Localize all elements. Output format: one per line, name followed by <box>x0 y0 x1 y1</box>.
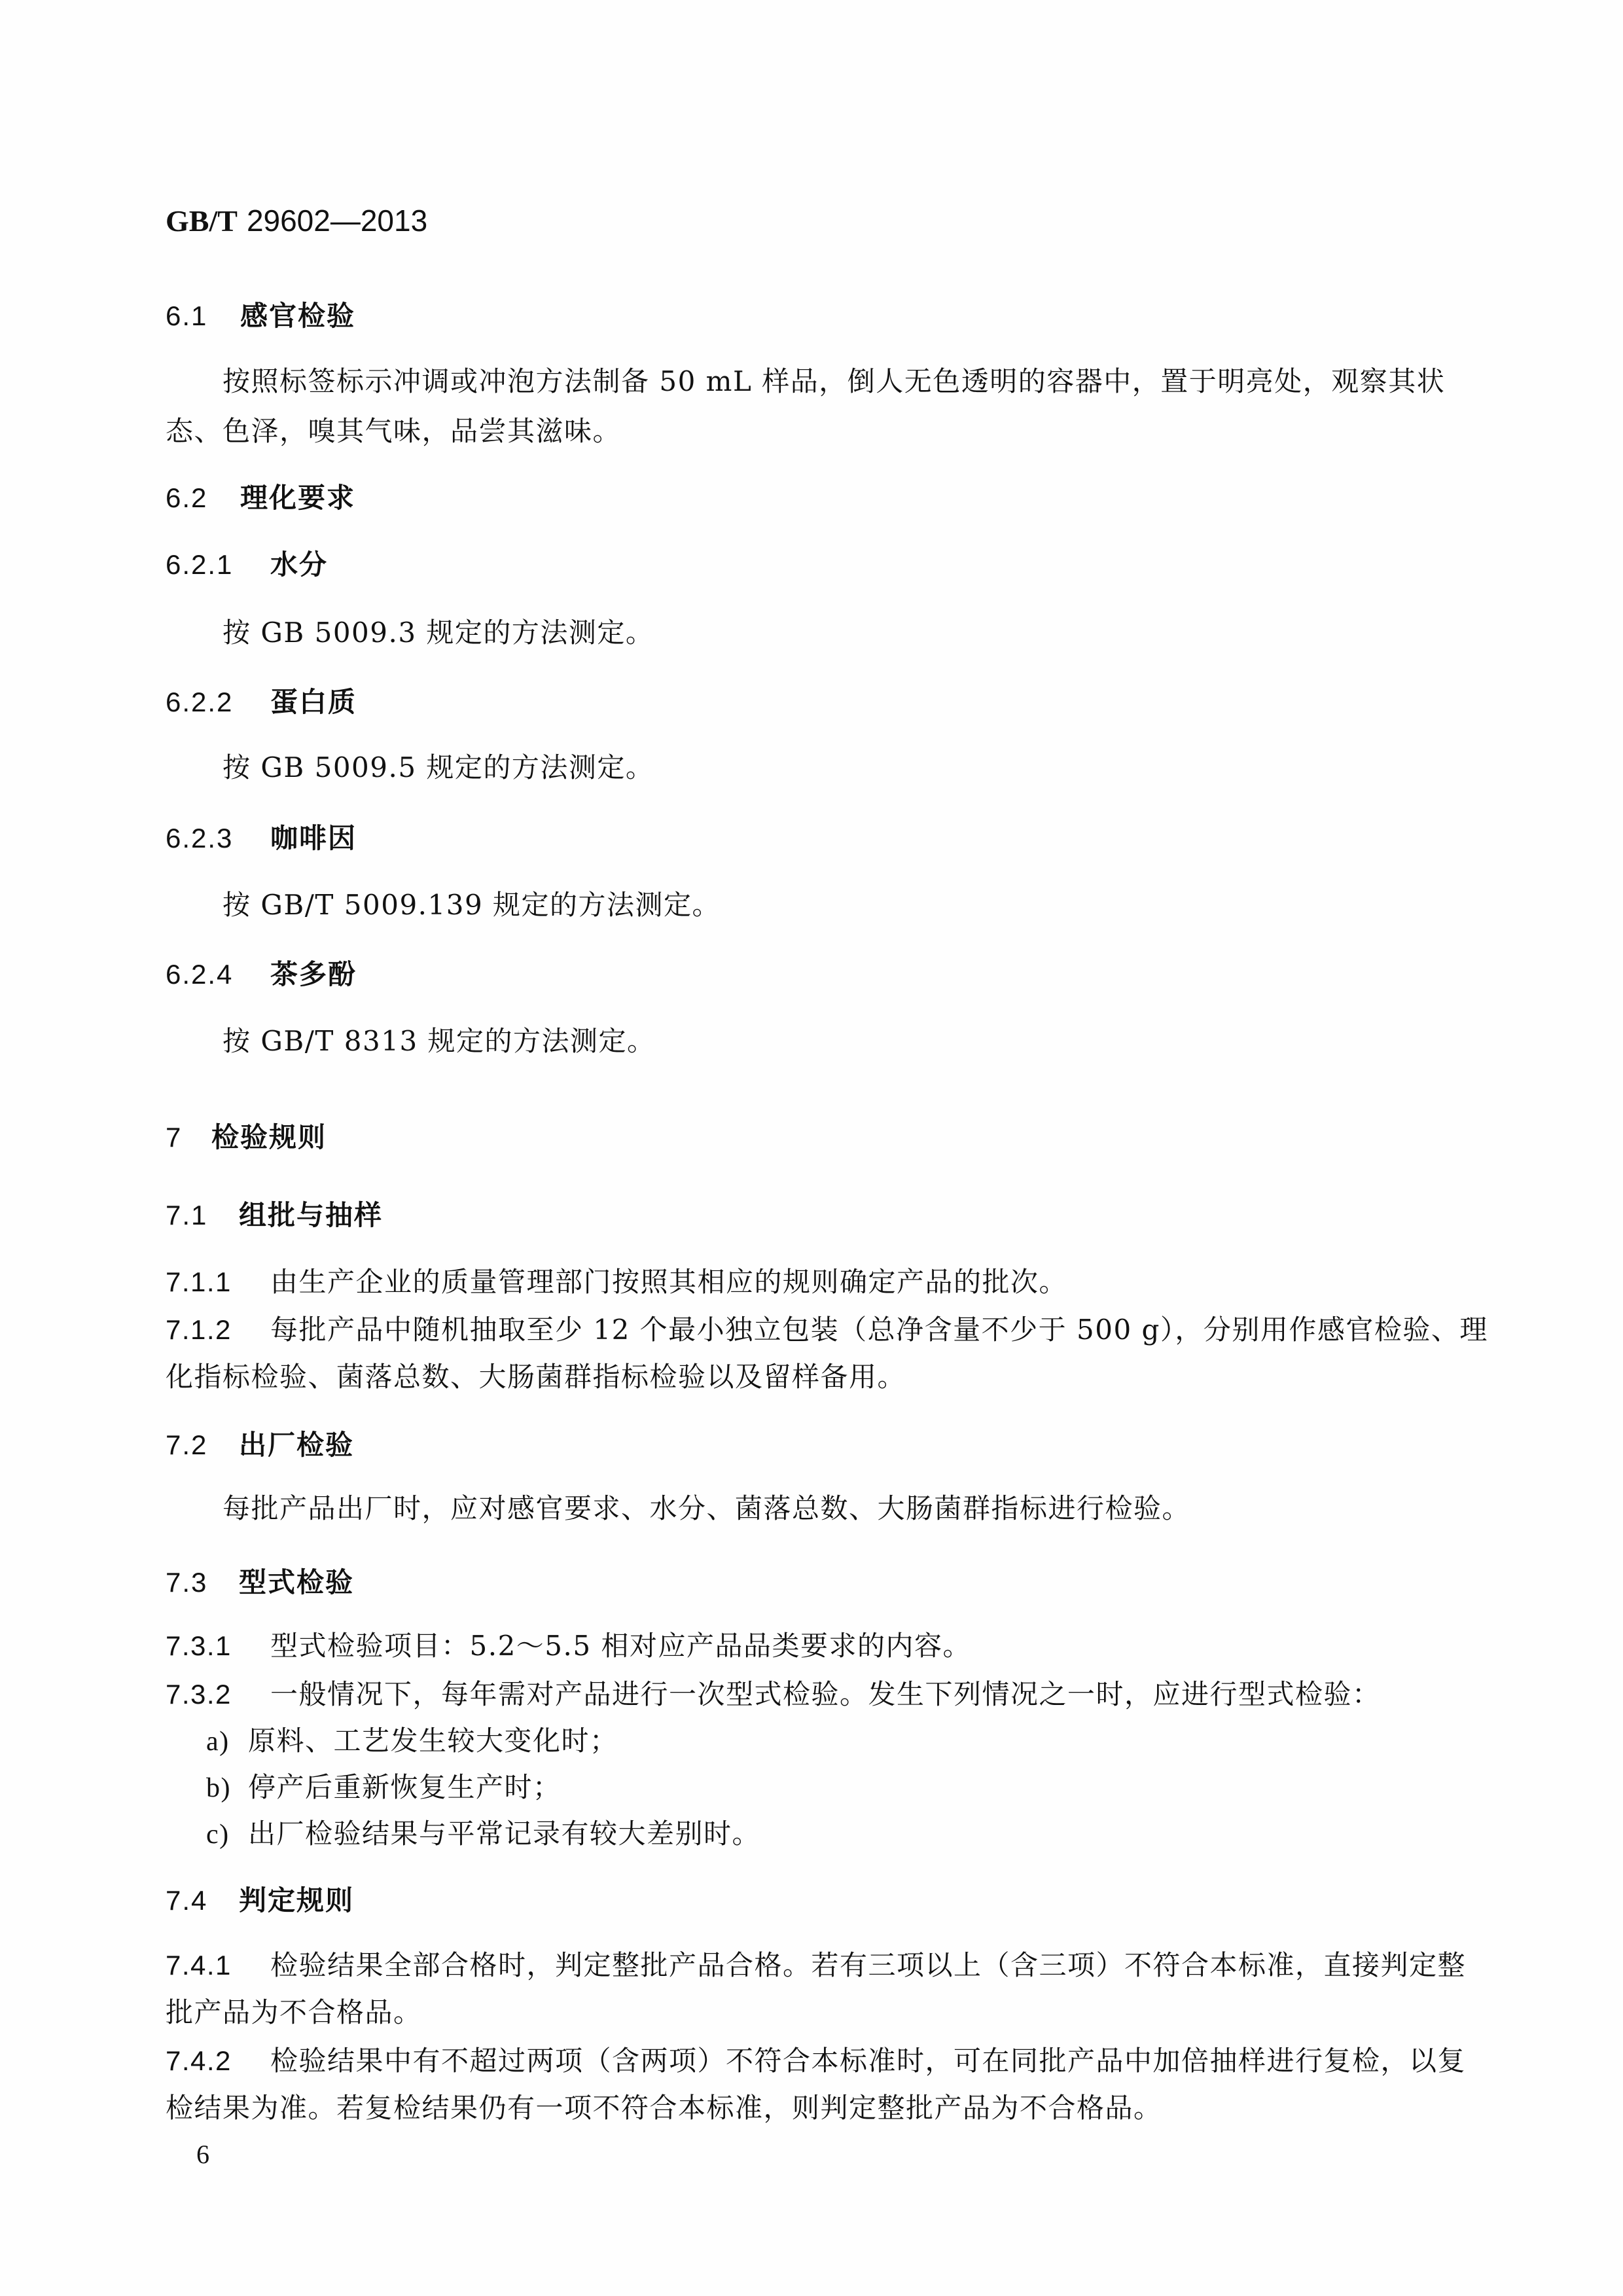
section-number: 7.1 <box>166 1202 239 1229</box>
list-item-b: b)停产后重新恢复生产时； <box>206 1774 562 1802</box>
clause-7-4-2-line-1: 7.4.2检验结果中有不超过两项（含两项）不符合本标准时，可在同批产品中加倍抽样… <box>166 2047 1466 2075</box>
paragraph-6-2-1: 按 GB 5009.3 规定的方法测定。 <box>223 619 654 647</box>
clause-text: 每批产品中随机抽取至少 12 个最小独立包装（总净含量不少于 500 g），分别… <box>270 1314 1488 1346</box>
section-title: 感官检验 <box>240 300 355 332</box>
clause-number: 7.3.2 <box>166 1681 270 1708</box>
section-title: 茶多酚 <box>270 958 357 990</box>
heading-7-4: 7.4判定规则 <box>166 1887 354 1914</box>
section-title: 型式检验 <box>239 1566 354 1598</box>
list-marker: a) <box>206 1728 248 1755</box>
heading-7: 7检验规则 <box>166 1124 327 1151</box>
heading-6-2-4: 6.2.4茶多酚 <box>166 961 357 988</box>
clause-text: 一般情况下，每年需对产品进行一次型式检验。发生下列情况之一时，应进行型式检验： <box>270 1678 1381 1710</box>
list-marker: c) <box>206 1821 248 1848</box>
page-number: 6 <box>196 2142 209 2168</box>
heading-7-1: 7.1组批与抽样 <box>166 1202 383 1229</box>
clause-text: 检验结果全部合格时，判定整批产品合格。若有三项以上（含三项）不符合本标准，直接判… <box>270 1949 1466 1981</box>
clause-7-1-1: 7.1.1由生产企业的质量管理部门按照其相应的规则确定产品的批次。 <box>166 1268 1067 1296</box>
list-item-text: 原料、工艺发生较大变化时； <box>248 1725 618 1757</box>
heading-6-2: 6.2理化要求 <box>166 484 355 512</box>
section-title: 水分 <box>270 548 328 581</box>
list-item-text: 出厂检验结果与平常记录有较大差别时。 <box>248 1818 760 1850</box>
paragraph-6-2-4: 按 GB/T 8313 规定的方法测定。 <box>223 1028 656 1055</box>
section-number: 7.2 <box>166 1431 239 1459</box>
list-marker: b) <box>206 1774 248 1802</box>
paragraph-6-1-line-2: 态、色泽，嗅其气味，品尝其滋味。 <box>166 418 621 445</box>
document-page: GB/T29602—2013 6.1感官检验 按照标签标示冲调或冲泡方法制备 5… <box>0 0 1623 2296</box>
clause-7-4-1-line-1: 7.4.1检验结果全部合格时，判定整批产品合格。若有三项以上（含三项）不符合本标… <box>166 1952 1466 1979</box>
clause-7-1-2-line-2: 化指标检验、菌落总数、大肠菌群指标检验以及留样备用。 <box>166 1363 906 1391</box>
list-item-a: a)原料、工艺发生较大变化时； <box>206 1727 618 1755</box>
clause-number: 7.1.1 <box>166 1268 270 1296</box>
section-title: 理化要求 <box>240 482 355 514</box>
heading-7-3: 7.3型式检验 <box>166 1569 354 1596</box>
clause-7-4-2-line-2: 检结果为准。若复检结果仍有一项不符合本标准，则判定整批产品为不合格品。 <box>166 2094 1162 2122</box>
section-number: 7 <box>166 1124 211 1151</box>
heading-6-2-2: 6.2.2蛋白质 <box>166 689 357 716</box>
clause-text: 型式检验项目：5.2～5.5 相对应产品品类要求的内容。 <box>270 1630 971 1662</box>
standard-prefix: GB/T <box>166 204 238 238</box>
list-item-c: c)出厂检验结果与平常记录有较大差别时。 <box>206 1820 760 1848</box>
section-number: 7.3 <box>166 1569 239 1596</box>
clause-number: 7.3.1 <box>166 1632 270 1660</box>
clause-number: 7.1.2 <box>166 1316 270 1344</box>
section-title: 咖啡因 <box>270 822 357 854</box>
clause-7-1-2-line-1: 7.1.2每批产品中随机抽取至少 12 个最小独立包装（总净含量不少于 500 … <box>166 1316 1488 1344</box>
section-number: 6.2.4 <box>166 961 270 988</box>
paragraph-7-2: 每批产品出厂时，应对感官要求、水分、菌落总数、大肠菌群指标进行检验。 <box>223 1495 1190 1522</box>
heading-7-2: 7.2出厂检验 <box>166 1431 354 1459</box>
clause-7-3-1: 7.3.1型式检验项目：5.2～5.5 相对应产品品类要求的内容。 <box>166 1632 971 1660</box>
heading-6-2-1: 6.2.1水分 <box>166 551 328 579</box>
clause-text: 检验结果中有不超过两项（含两项）不符合本标准时，可在同批产品中加倍抽样进行复检，… <box>270 2045 1466 2077</box>
section-title: 出厂检验 <box>239 1429 354 1461</box>
section-number: 6.2.1 <box>166 551 270 579</box>
section-title: 蛋白质 <box>270 686 357 718</box>
heading-6-1: 6.1感官检验 <box>166 302 355 330</box>
section-title: 判定规则 <box>239 1884 354 1916</box>
section-number: 6.2.2 <box>166 689 270 716</box>
heading-6-2-3: 6.2.3咖啡因 <box>166 825 357 852</box>
standard-code-header: GB/T29602—2013 <box>166 206 427 236</box>
section-title: 检验规则 <box>211 1121 327 1153</box>
paragraph-6-2-2: 按 GB 5009.5 规定的方法测定。 <box>223 754 654 781</box>
clause-number: 7.4.1 <box>166 1952 270 1979</box>
clause-text: 由生产企业的质量管理部门按照其相应的规则确定产品的批次。 <box>270 1266 1067 1298</box>
paragraph-6-2-3: 按 GB/T 5009.139 规定的方法测定。 <box>223 891 721 919</box>
section-number: 6.1 <box>166 302 240 330</box>
section-number: 6.2.3 <box>166 825 270 852</box>
list-item-text: 停产后重新恢复生产时； <box>248 1771 562 1803</box>
clause-7-3-2: 7.3.2一般情况下，每年需对产品进行一次型式检验。发生下列情况之一时，应进行型… <box>166 1681 1381 1708</box>
section-number: 6.2 <box>166 484 240 512</box>
paragraph-6-1-line-1: 按照标签标示冲调或冲泡方法制备 50 mL 样品，倒人无色透明的容器中，置于明亮… <box>223 368 1445 395</box>
section-title: 组批与抽样 <box>239 1199 383 1231</box>
clause-7-4-1-line-2: 批产品为不合格品。 <box>166 1999 422 2026</box>
clause-number: 7.4.2 <box>166 2047 270 2075</box>
section-number: 7.4 <box>166 1887 239 1914</box>
standard-number: 29602—2013 <box>247 204 427 238</box>
